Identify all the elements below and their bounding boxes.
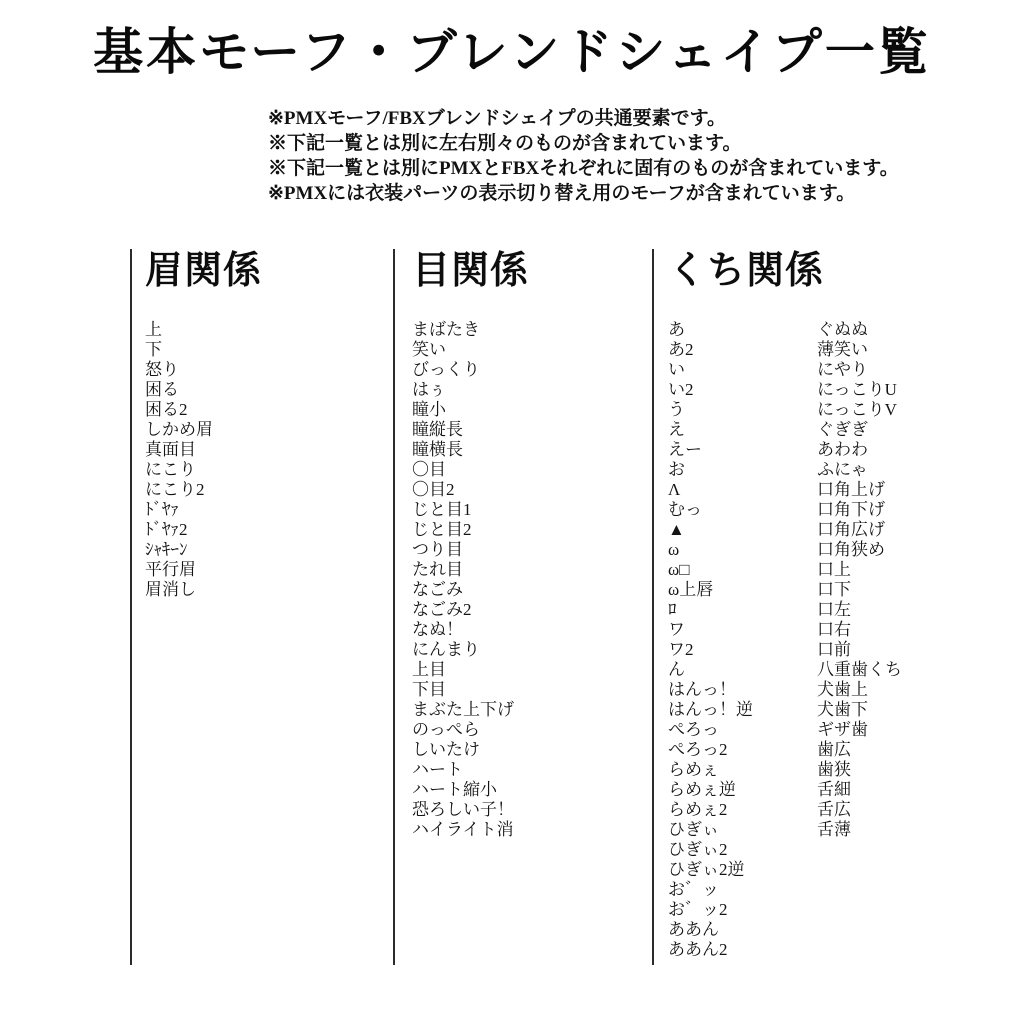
- list-item: ああん: [668, 920, 817, 940]
- list-item: 恐ろしい子！: [412, 800, 652, 820]
- list-item: あ2: [668, 340, 817, 360]
- mouth-morph-list-left: ああ2いい2うええーおΛむっ▲ωω□ω上唇ﾛワワ2んはんっ！はんっ！逆ぺろっぺろ…: [668, 320, 817, 960]
- list-item: 舌薄: [817, 820, 982, 840]
- list-item: あ: [668, 320, 817, 340]
- mouth-morph-list-right: ぐぬぬ薄笑いにやりにっこりUにっこりVぐぎぎあわわふにゃ口角上げ口角下げ口角広げ…: [817, 320, 982, 840]
- list-item: ｼｬｷｰﾝ: [145, 540, 393, 560]
- list-item: 眉消し: [145, 580, 393, 600]
- list-item: う: [668, 400, 817, 420]
- note-line: ※PMXモーフ/FBXブレンドシェイプの共通要素です。: [268, 106, 899, 131]
- list-item: 下目: [412, 680, 652, 700]
- list-item: ▲: [668, 520, 817, 540]
- list-item: しいたけ: [412, 740, 652, 760]
- page-title: 基本モーフ・ブレンドシェイプ一覧: [0, 12, 1024, 84]
- list-item: 口角広げ: [817, 520, 982, 540]
- list-item: 舌細: [817, 780, 982, 800]
- list-item: ワ2: [668, 640, 817, 660]
- list-item: じと目1: [412, 500, 652, 520]
- list-item: ひぎぃ2逆: [668, 860, 817, 880]
- list-item: Λ: [668, 480, 817, 500]
- list-item: ﾄﾞﾔｧ: [145, 500, 393, 520]
- note-line: ※下記一覧とは別にPMXとFBXそれぞれに固有のものが含まれています。: [268, 156, 899, 181]
- list-item: 口上: [817, 560, 982, 580]
- list-item: びっくり: [412, 360, 652, 380]
- list-item: 下: [145, 340, 393, 360]
- list-item: ん: [668, 660, 817, 680]
- list-item: にっこりV: [817, 400, 982, 420]
- list-item: 瞳縦長: [412, 420, 652, 440]
- list-item: 口下: [817, 580, 982, 600]
- list-item: つり目: [412, 540, 652, 560]
- list-item: お゛ッ: [668, 880, 817, 900]
- list-item: 口角狭め: [817, 540, 982, 560]
- list-item: ハイライト消: [412, 820, 652, 840]
- list-item: ぺろっ2: [668, 740, 817, 760]
- list-item: 犬歯下: [817, 700, 982, 720]
- list-item: ぐぬぬ: [817, 320, 982, 340]
- list-item: まばたき: [412, 320, 652, 340]
- list-item: あわわ: [817, 440, 982, 460]
- list-item: ひぎぃ2: [668, 840, 817, 860]
- list-item: い: [668, 360, 817, 380]
- list-item: ハート: [412, 760, 652, 780]
- list-item: ﾄﾞﾔｧ2: [145, 520, 393, 540]
- list-item: 笑い: [412, 340, 652, 360]
- list-item: まぶた上下げ: [412, 700, 652, 720]
- list-item: 怒り: [145, 360, 393, 380]
- list-item: はぅ: [412, 380, 652, 400]
- list-item: にこり: [145, 460, 393, 480]
- note-line: ※下記一覧とは別に左右別々のものが含まれています。: [268, 131, 899, 156]
- list-item: 困る: [145, 380, 393, 400]
- list-item: 犬歯上: [817, 680, 982, 700]
- list-item: お゛ッ2: [668, 900, 817, 920]
- list-item: 口左: [817, 600, 982, 620]
- list-item: はんっ！逆: [668, 700, 817, 720]
- list-item: 口前: [817, 640, 982, 660]
- list-item: ﾛ: [668, 600, 817, 620]
- list-item: 〇目: [412, 460, 652, 480]
- list-item: にっこりU: [817, 380, 982, 400]
- list-item: ワ: [668, 620, 817, 640]
- list-item: らめぇ: [668, 760, 817, 780]
- column-eye: 目関係 まばたき笑いびっくりはぅ瞳小瞳縦長瞳横長〇目〇目2じと目1じと目2つり目…: [393, 249, 652, 965]
- list-item: 歯広: [817, 740, 982, 760]
- list-item: 上目: [412, 660, 652, 680]
- list-item: い2: [668, 380, 817, 400]
- list-item: 上: [145, 320, 393, 340]
- list-item: 口角下げ: [817, 500, 982, 520]
- list-item: にこり2: [145, 480, 393, 500]
- notes-block: ※PMXモーフ/FBXブレンドシェイプの共通要素です。 ※下記一覧とは別に左右別…: [268, 106, 899, 206]
- list-item: え: [668, 420, 817, 440]
- list-item: 〇目2: [412, 480, 652, 500]
- mouth-sublists: ああ2いい2うええーおΛむっ▲ωω□ω上唇ﾛワワ2んはんっ！はんっ！逆ぺろっぺろ…: [668, 293, 982, 960]
- list-item: なごみ2: [412, 600, 652, 620]
- list-item: 困る2: [145, 400, 393, 420]
- list-item: のっぺら: [412, 720, 652, 740]
- list-item: えー: [668, 440, 817, 460]
- list-item: ああん2: [668, 940, 817, 960]
- list-item: お: [668, 460, 817, 480]
- column-eye-header: 目関係: [412, 249, 652, 293]
- eyebrow-morph-list: 上下怒り困る困る2しかめ眉真面目にこりにこり2ﾄﾞﾔｧﾄﾞﾔｧ2ｼｬｷｰﾝ平行眉…: [145, 320, 393, 600]
- list-item: 瞳横長: [412, 440, 652, 460]
- list-item: にやり: [817, 360, 982, 380]
- list-item: 歯狭: [817, 760, 982, 780]
- list-item: ぐぎぎ: [817, 420, 982, 440]
- list-item: ぺろっ: [668, 720, 817, 740]
- list-item: なぬ！: [412, 620, 652, 640]
- list-item: しかめ眉: [145, 420, 393, 440]
- list-item: 薄笑い: [817, 340, 982, 360]
- list-item: らめぇ逆: [668, 780, 817, 800]
- column-eyebrow: 眉関係 上下怒り困る困る2しかめ眉真面目にこりにこり2ﾄﾞﾔｧﾄﾞﾔｧ2ｼｬｷｰ…: [130, 249, 393, 965]
- list-item: 口角上げ: [817, 480, 982, 500]
- list-item: じと目2: [412, 520, 652, 540]
- list-item: ω□: [668, 560, 817, 580]
- list-item: むっ: [668, 500, 817, 520]
- list-item: はんっ！: [668, 680, 817, 700]
- column-eyebrow-header: 眉関係: [145, 249, 393, 293]
- note-line: ※PMXには衣装パーツの表示切り替え用のモーフが含まれています。: [268, 181, 899, 206]
- list-item: 瞳小: [412, 400, 652, 420]
- list-item: にんまり: [412, 640, 652, 660]
- list-item: ハート縮小: [412, 780, 652, 800]
- eye-morph-list: まばたき笑いびっくりはぅ瞳小瞳縦長瞳横長〇目〇目2じと目1じと目2つり目たれ目な…: [412, 320, 652, 840]
- list-item: らめぇ2: [668, 800, 817, 820]
- list-item: ω: [668, 540, 817, 560]
- list-item: 八重歯くち: [817, 660, 982, 680]
- column-mouth-header: くち関係: [668, 249, 982, 293]
- list-item: ふにゃ: [817, 460, 982, 480]
- list-item: 平行眉: [145, 560, 393, 580]
- list-item: 口右: [817, 620, 982, 640]
- list-item: なごみ: [412, 580, 652, 600]
- list-item: たれ目: [412, 560, 652, 580]
- list-item: ひぎぃ: [668, 820, 817, 840]
- list-item: ω上唇: [668, 580, 817, 600]
- list-item: 舌広: [817, 800, 982, 820]
- column-mouth: くち関係 ああ2いい2うええーおΛむっ▲ωω□ω上唇ﾛワワ2んはんっ！はんっ！逆…: [652, 249, 982, 965]
- list-item: ギザ歯: [817, 720, 982, 740]
- list-item: 真面目: [145, 440, 393, 460]
